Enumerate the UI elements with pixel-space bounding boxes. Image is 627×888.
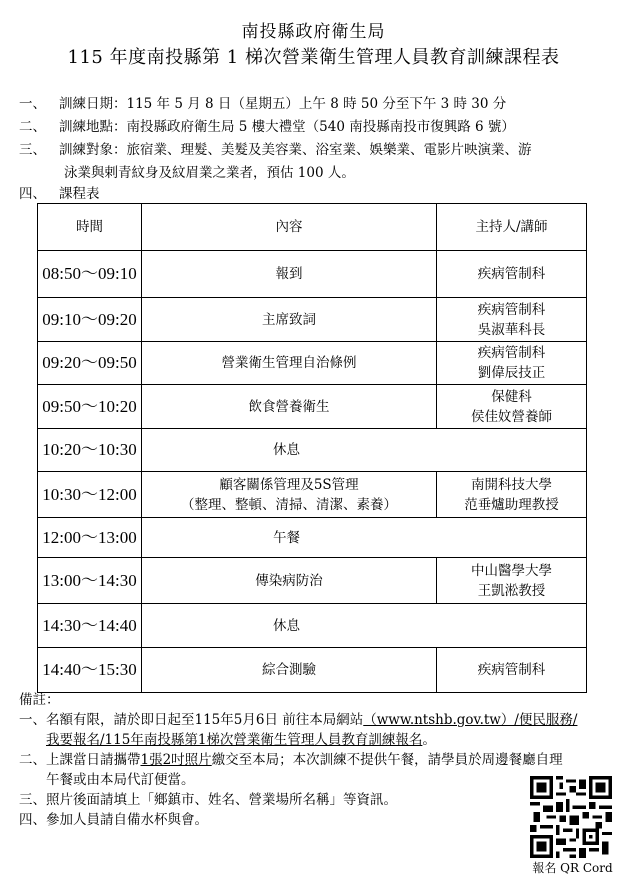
item-number: 一、 [19,94,59,114]
table-row-break: 10:20～10:30 休息 [38,429,587,472]
cell-host: 疾病管制科 [437,648,587,693]
cell-time: 10:30～12:00 [38,472,142,518]
item-number: 四、 [19,812,46,828]
info-audience-cont: 泳業與剌青紋身及紋眉業之業者，預估 100 人。 [19,163,619,183]
note-item: 三、照片後面請填上「鄉鎮市、姓名、營業場所名稱」等資訊。 [19,790,619,810]
cell-content: 營業衛生管理自治條例 [142,342,437,385]
cell-host: 中山醫學大學王凱淞教授 [437,558,587,604]
cell-content: 飲食營養衛生 [142,385,437,429]
info-text: 課程表 [59,184,100,204]
org-title: 南投縣政府衛生局 [0,21,627,43]
host-unit: 南開科技大學 [437,475,586,495]
note-item: 一、名額有限，請於即日起至115年5月6日 前往本局網站（www.ntshb.g… [19,710,619,730]
qr-code-icon[interactable] [530,776,612,858]
item-number: 三、 [19,792,46,808]
table-row: 10:30～12:00 顧客關係管理及5S管理（整理、整頓、清掃、清潔、素養） … [38,472,587,518]
table-row: 14:40～15:30 綜合測驗 疾病管制科 [38,648,587,693]
cell-host: 疾病管制科吳淑華科長 [437,298,587,342]
info-text: 訓練日期：115 年 5 月 8 日（星期五）上午 8 時 50 分至下午 3 … [59,94,506,114]
host-person: 劉偉辰技正 [437,363,586,383]
cell-time: 08:50～09:10 [38,251,142,298]
cell-time: 10:20～10:30 [38,429,142,472]
host-person: 吳淑華科長 [437,320,586,340]
cell-content: 午餐 [142,518,587,558]
item-number: 一、 [19,712,46,728]
table-header-row: 時間 內容 主持人/講師 [38,204,587,251]
cell-time: 13:00～14:30 [38,558,142,604]
table-row: 08:50～09:10 報到 疾病管制科 [38,251,587,298]
info-text: 訓練對象：旅宿業、理髮、美髮及美容業、浴室業、娛樂業、電影片映演業、游 [59,140,532,160]
table-row: 13:00～14:30 傳染病防治 中山醫學大學王凱淞教授 [38,558,587,604]
cell-time: 09:10～09:20 [38,298,142,342]
website-link[interactable]: （www.ntshb.gov.tw）/便民服務/ [363,712,577,728]
host-unit: 保健科 [437,387,586,407]
table-row: 09:50～10:20 飲食營養衛生 保健科侯佳妏營養師 [38,385,587,429]
notes-section: 備註： 一、名額有限，請於即日起至115年5月6日 前往本局網站（www.nts… [19,690,619,830]
registration-path-link[interactable]: 我要報名/115年南投縣第1梯次營業衛生管理人員教育訓練報名 [46,732,422,748]
cell-time: 14:30～14:40 [38,604,142,648]
cell-content: 綜合測驗 [142,648,437,693]
host-unit: 中山醫學大學 [437,561,586,581]
note-text: 名額有限，請於即日起至115年5月6日 前往本局網站 [46,712,363,728]
note-text: 繳交至本局；本次訓練不提供午餐，請學員於周邊餐廳自理 [212,752,563,768]
host-person: 王凱淞教授 [437,581,586,601]
note-item: 四、參加人員請自備水杯與會。 [19,810,619,830]
cell-time: 14:40～15:30 [38,648,142,693]
header-host: 主持人/講師 [437,204,587,251]
info-schedule-label: 四、 課程表 [19,184,619,204]
cell-content: 休息 [142,604,587,648]
item-number: 四、 [19,184,59,204]
header-time: 時間 [38,204,142,251]
schedule-table: 時間 內容 主持人/講師 08:50～09:10 報到 疾病管制科 09:10～… [37,203,587,693]
cell-time: 09:50～10:20 [38,385,142,429]
host-person: 侯佳妏營養師 [437,407,586,427]
table-row-break: 14:30～14:40 休息 [38,604,587,648]
info-section: 一、 訓練日期：115 年 5 月 8 日（星期五）上午 8 時 50 分至下午… [19,94,619,204]
cell-host: 保健科侯佳妏營養師 [437,385,587,429]
cell-time: 09:20～09:50 [38,342,142,385]
cell-content: 休息 [142,429,587,472]
host-person: 范垂爐助理教授 [437,495,586,515]
cell-content: 主席致詞 [142,298,437,342]
note-item: 二、上課當日請攜帶1張2吋照片繳交至本局；本次訓練不提供午餐，請學員於周邊餐廳自… [19,750,619,770]
host-unit: 疾病管制科 [437,343,586,363]
note-item-cont: 午餐或由本局代訂便當。 [19,770,619,790]
host-unit: 疾病管制科 [437,300,586,320]
note-item-cont: 我要報名/115年南投縣第1梯次營業衛生管理人員教育訓練報名。 [19,730,619,750]
cell-time: 12:00～13:00 [38,518,142,558]
content-line: 顧客關係管理及5S管理 [142,475,436,495]
table-row-break: 12:00～13:00 午餐 [38,518,587,558]
note-text: 上課當日請攜帶 [46,752,141,768]
document-title: 115 年度南投縣第 1 梯次營業衛生管理人員教育訓練課程表 [0,46,627,70]
header-content: 內容 [142,204,437,251]
cell-content: 傳染病防治 [142,558,437,604]
note-text: 參加人員請自備水杯與會。 [46,812,208,828]
qr-code-label: 報名 QR Cord [525,860,620,876]
item-number: 二、 [19,117,59,137]
cell-host: 南開科技大學范垂爐助理教授 [437,472,587,518]
item-number: 二、 [19,752,46,768]
item-number: 三、 [19,140,59,160]
info-text: 訓練地點：南投縣政府衛生局 5 樓大禮堂（540 南投縣南投市復興路 6 號） [59,117,515,137]
note-text: 照片後面請填上「鄉鎮市、姓名、營業場所名稱」等資訊。 [46,792,397,808]
note-text: 。 [422,732,436,748]
cell-content: 報到 [142,251,437,298]
info-date: 一、 訓練日期：115 年 5 月 8 日（星期五）上午 8 時 50 分至下午… [19,94,619,114]
content-line: （整理、整頓、清掃、清潔、素養） [142,495,436,515]
info-location: 二、 訓練地點：南投縣政府衛生局 5 樓大禮堂（540 南投縣南投市復興路 6 … [19,117,619,137]
cell-host: 疾病管制科 [437,251,587,298]
cell-content: 顧客關係管理及5S管理（整理、整頓、清掃、清潔、素養） [142,472,437,518]
cell-host: 疾病管制科劉偉辰技正 [437,342,587,385]
table-row: 09:20～09:50 營業衛生管理自治條例 疾病管制科劉偉辰技正 [38,342,587,385]
info-audience: 三、 訓練對象：旅宿業、理髮、美髮及美容業、浴室業、娛樂業、電影片映演業、游 [19,140,619,160]
notes-title: 備註： [19,690,619,710]
photo-requirement: 1張2吋照片 [141,752,212,768]
table-row: 09:10～09:20 主席致詞 疾病管制科吳淑華科長 [38,298,587,342]
